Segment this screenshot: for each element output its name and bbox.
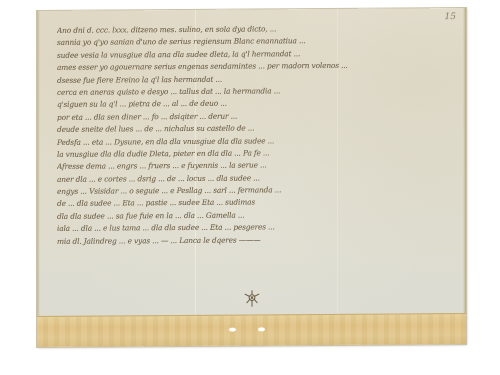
document-viewer: 15 Ano dni d. ccc. lxxx. ditzeno mes. su… — [0, 0, 500, 375]
notarial-signum-icon — [243, 289, 261, 307]
folded-bottom-strip — [37, 313, 466, 347]
parchment-left-edge — [37, 11, 40, 347]
parchment-right-edge — [463, 8, 466, 344]
text-line: mia dl. Jalindreg ... e vyas ... — ... L… — [57, 233, 387, 248]
parchment-sheet: 15 Ano dni d. ccc. lxxx. ditzeno mes. su… — [37, 8, 466, 347]
seal-hole — [229, 328, 236, 332]
folio-number: 15 — [445, 12, 456, 22]
seal-hole — [258, 327, 265, 331]
manuscript-text: Ano dni d. ccc. lxxx. ditzeno mes. sulin… — [57, 22, 447, 248]
